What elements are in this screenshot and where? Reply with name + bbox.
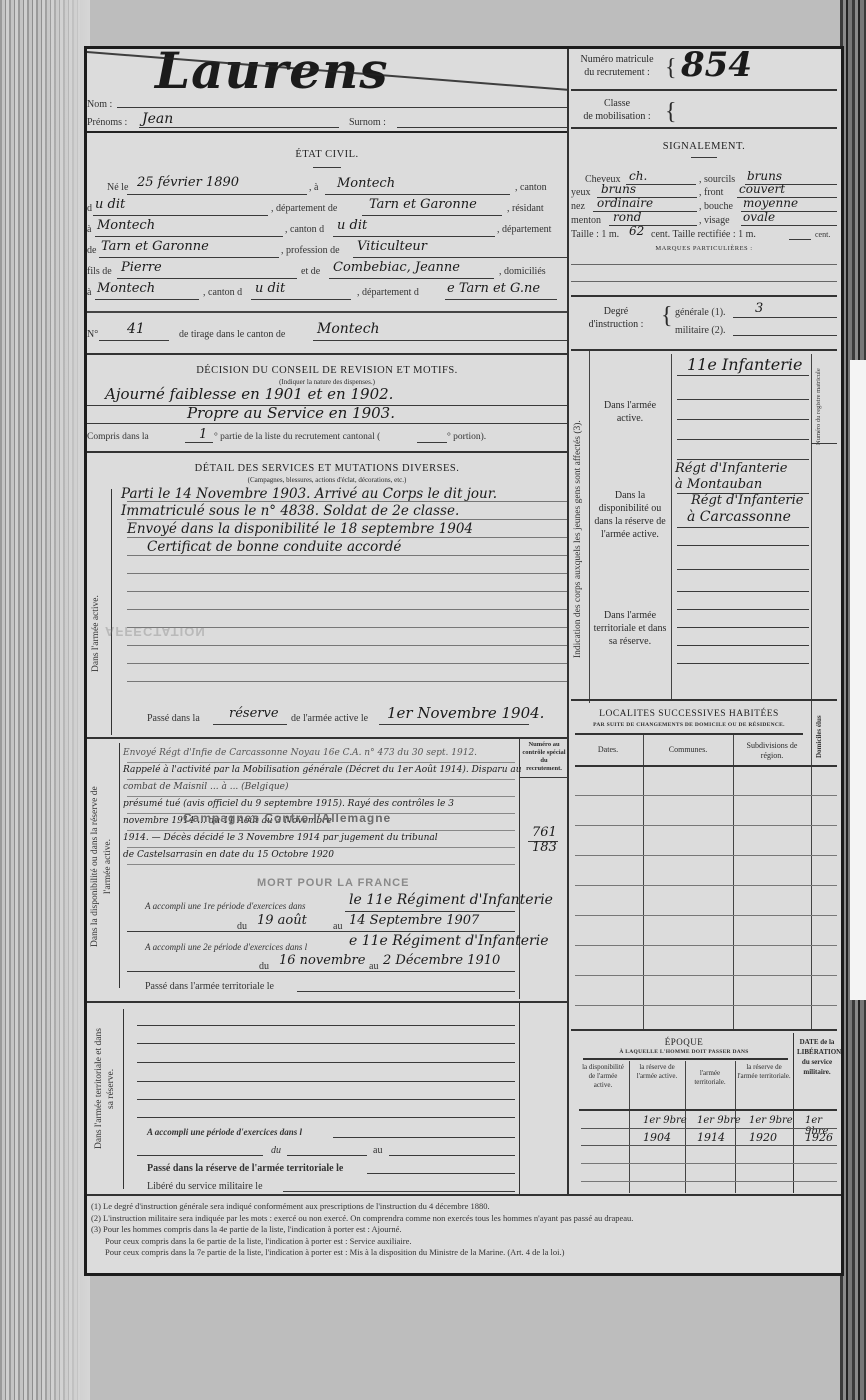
taille-rect-label: cent. Taille rectifiée : 1 m. [651,229,756,240]
brace-dispo [119,743,120,988]
passe-label: Passé dans la [147,713,200,724]
epoque-r2-c2: 1904 [643,1131,671,1144]
decision-line-1: Ajourné faiblesse en 1901 et en 1902. [105,385,393,403]
degre-label-1: Degré [571,305,661,318]
terr-reserve-label: Passé dans la réserve de l'armée territo… [147,1163,343,1174]
footnote-5: Pour ceux compris dans la 7e partie de l… [91,1247,841,1259]
periode2-corps: e 11e Régiment d'Infanterie [349,933,548,949]
passe-date: 1er Novembre 1904. [387,704,544,722]
yeux-label: yeux [571,187,590,198]
yeux-value: bruns [601,182,636,196]
register-page: Laurens Nom : Prénoms : Jean Surnom : ÉT… [84,46,844,1276]
menton-value: rond [613,210,641,224]
ghost-stamp: AFFECTATION [105,624,206,639]
corps-dispo-value-2: à Montauban [675,477,762,492]
date-liberation-title: DATE de la LIBÉRATION du service militai… [797,1037,837,1077]
identity-block: Laurens Nom : Prénoms : Jean Surnom : [87,49,567,133]
corps-dispo-value-3: Régt d'Infanterie [691,493,803,508]
taille-value: 62 [629,224,644,238]
epoque-col-reserve-active: la réserve de l'armée active. [631,1063,683,1081]
tirage-text: de tirage dans le canton de [179,329,285,340]
epoque-r1-c3: 1er 9bre [697,1115,741,1126]
corps-dispo-label: Dans la disponibilité ou dans la réserve… [591,489,669,541]
numero-label-2: du recrutement : [571,66,663,79]
epoque-title: ÉPOQUE [577,1037,791,1047]
militaire-label: militaire (2). [675,325,726,336]
tirage-canton-value: Montech [317,321,380,337]
tirage-no-value: 41 [127,321,145,337]
decision-line-2: Propre au Service en 1903. [187,404,395,422]
marques-label: MARQUES PARTICULIÈRES : [571,245,837,252]
numero-controle-label: Numéro au contrôle spécial du recrutemen… [522,741,566,773]
corps-dispo-value-4: à Carcassonne [687,509,791,525]
periode1-label: A accompli une 1re période d'exercices d… [145,901,306,911]
departement2-label: , département [497,224,551,235]
footnote-1: (1) Le degré d'instruction générale sera… [91,1201,841,1213]
periode2-label: A accompli une 2e période d'exercices da… [145,942,307,952]
mere-value: Combebiac, Jeanne [333,260,460,275]
etat-civil-title: ÉTAT CIVIL. [87,149,567,160]
departement2-prefix: de [87,245,96,256]
numero-matricule-value: 854 [681,45,752,85]
cent-label: cent. [815,230,830,239]
profession-label: , profession de [281,245,340,256]
bouche-value: moyenne [743,196,798,210]
dom-value: Montech [97,281,155,296]
residant-value: Montech [97,218,155,233]
pere-value: Pierre [121,260,162,275]
brace-active [111,489,112,735]
residant-a-label: à [87,224,91,235]
active-line-4: Certificat de bonne conduite accordé [147,539,401,555]
domicilies-label: , domiciliés [499,266,546,277]
classe-label-2: de mobilisation : [571,110,663,123]
epoque-r1-c2: 1er 9bre [643,1115,687,1126]
a-value: Montech [337,176,395,191]
right-column: Numéro matricule du recrutement : { 854 … [571,49,841,1194]
sourcils-value: bruns [747,169,782,183]
passe-text: de l'armée active le [291,713,368,724]
portion-text: ° portion). [447,432,486,442]
localites-col-dates: Dates. [575,745,641,754]
terr-periode-label: A accompli une période d'exercices dans … [147,1127,302,1137]
degre-label-2: d'instruction : [571,318,661,331]
footnote-4: Pour ceux compris dans la 6e partie de l… [91,1236,841,1248]
footnotes: (1) Le degré d'instruction générale sera… [91,1201,841,1259]
classe-label-1: Classe [571,97,663,110]
corps-active-value: 11e Infanterie [687,355,802,374]
canton-label: , canton [515,182,547,193]
footnote-3: (3) Pour les hommes compris dans la 4e p… [91,1224,841,1236]
terr-du-label: du [271,1145,281,1156]
periode1-corps: le 11e Régiment d'Infanterie [349,892,553,908]
tirage-no-label: N° [87,329,98,340]
numero-label: Numéro matricule du recrutement : [571,53,663,79]
numero-controle-column: Numéro au contrôle spécial du recrutemen… [519,737,567,999]
epoque-r2-c4: 1920 [749,1131,777,1144]
brace-terr [123,1009,124,1189]
epoque-subtitle: À LAQUELLE L'HOMME DOIT PASSER DANS [577,1049,791,1055]
cheveux-value: ch. [629,169,647,183]
footnote-2: (2) L'instruction militaire sera indiqué… [91,1213,841,1225]
dispo-line-2: Rappelé à l'activité par la Mobilisation… [123,765,522,775]
departement-label: , département de [271,203,337,214]
residant-label: , résidant [507,203,544,214]
dispo-line-3: combat de Maisnil ... à ... (Belgique) [123,782,289,792]
visage-label: , visage [699,215,730,226]
localites-subtitle: PAR SUITE DE CHANGEMENTS DE DOMICILE OU … [571,722,807,728]
front-label: , front [699,187,723,198]
passe-value: réserve [229,706,279,721]
canton3-value: u dit [255,281,285,296]
taille-label: Taille : 1 m. [571,229,619,240]
services-title: DÉTAIL DES SERVICES ET MUTATIONS DIVERSE… [87,463,567,474]
active-line-3: Envoyé dans la disponibilité le 18 septe… [127,521,473,537]
epoque-col-territoriale: l'armée territoriale. [687,1069,733,1087]
side-label-terr: Dans l'armée territoriale et dans sa rés… [93,1024,119,1154]
canton-de-label: d [87,203,92,214]
dom-a-label: à [87,287,91,298]
corps-dispo-value-1: Régt d'Infanterie [675,461,787,476]
side-label-dispo: Dans la disponibilité ou dans la réserve… [89,777,117,957]
terr-au-label: au [373,1145,382,1156]
periode1-du: 19 août [257,913,307,928]
corps-terr-label: Dans l'armée territoriale et dans sa rés… [591,609,669,648]
departement2-value: Tarn et Garonne [101,239,209,254]
localites-side-label: Domiciles élus [815,701,829,773]
territoriale-label: Passé dans l'armée territoriale le [145,981,274,992]
nez-label: nez [571,201,585,212]
et-de-label: et de [301,266,320,277]
numero-label-1: Numéro matricule [571,53,663,66]
corps-active-label: Dans l'armée active. [591,399,669,425]
profession-value: Viticulteur [357,239,427,254]
bouche-label: , bouche [699,201,733,212]
corps-side-label: Indication des corps auxquels les jeunes… [573,379,585,699]
nez-value: ordinaire [597,196,653,210]
fils-de-label: fils de [87,266,112,277]
departement3-value: e Tarn et G.ne [447,281,540,296]
periode2-au: 2 Décembre 1910 [383,953,500,968]
localites-col-communes: Communes. [645,745,731,754]
signalement-title: SIGNALEMENT. [571,141,837,152]
prenoms-value: Jean [142,111,173,127]
left-column: Laurens Nom : Prénoms : Jean Surnom : ÉT… [87,49,569,1194]
epoque-table: ÉPOQUE À LAQUELLE L'HOMME DOIT PASSER DA… [577,1031,837,1194]
epoque-col-dispo: la disponibilité de l'armée active. [579,1063,627,1090]
generale-value: 3 [755,301,763,316]
decision-title: DÉCISION DU CONSEIL DE REVISION ET MOTIF… [87,365,567,376]
epoque-r2-c3: 1914 [697,1131,725,1144]
binding-shadow [40,0,90,1400]
compris-text: ° partie de la liste du recrutement cant… [214,432,380,442]
epoque-col-reserve-terr: la réserve de l'armée territoriale. [737,1063,791,1081]
libere-label: Libéré du service militaire le [147,1181,263,1192]
ne-le-label: Né le [107,182,128,193]
localites-title: LOCALITES SUCCESSIVES HABITÉES [571,709,807,719]
epoque-r1-c4: 1er 9bre [749,1115,793,1126]
visage-value: ovale [743,210,775,224]
services-subtitle: (Campagnes, blessures, actions d'éclat, … [87,476,567,484]
degre-label: Degré d'instruction : [571,305,661,331]
classe-label: Classe de mobilisation : [571,97,663,123]
generale-label: générale (1). [675,307,726,318]
active-line-2: Immatriculé sous le n° 4838. Soldat de 2… [121,503,459,519]
compris-label: Compris dans la [87,432,149,442]
front-value: couvert [739,182,785,196]
sourcils-label: , sourcils [699,174,735,185]
surnom-label: Surnom : [349,117,386,128]
corps-margin-note: Numéro du registre matricule [815,357,827,457]
localites-col-subdivisions: Subdivisions de région. [735,741,809,761]
nom-label: Nom : [87,99,112,110]
territoriale-numero-column [519,1001,567,1194]
numero-controle-value-1: 761 [532,825,557,840]
mort-pour-la-france-stamp: MORT POUR LA FRANCE [257,877,409,889]
departement3-label: , département d [357,287,419,298]
prenoms-label: Prénoms : [87,117,127,128]
canton2-value: u dit [337,218,367,233]
dispo-line-6: 1914. — Décès décidé le 3 Novembre 1914 … [123,833,438,843]
canton3-label: , canton d [203,287,242,298]
ne-le-value: 25 février 1890 [137,175,297,190]
page-edge-gap [850,360,866,1000]
epoque-r2-c5: 1926 [805,1131,833,1144]
dispo-line-4: présumé tué (avis officiel du 9 septembr… [123,799,454,809]
canton2-label: , canton d [285,224,324,235]
periode1-au: 14 Septembre 1907 [349,913,479,928]
menton-label: menton [571,215,601,226]
dispo-line-7: de Castelsarrasin en date du 15 Octobre … [123,850,334,860]
departement-value: Tarn et Garonne [369,197,477,212]
side-label-active: Dans l'armée active. [91,549,103,719]
dispo-line-1: Envoyé Régt d'Infie de Carcassonne Noyau… [123,748,477,758]
numero-controle-value-2: 183 [532,840,557,855]
periode2-du: 16 novembre [279,953,365,968]
compris-value: 1 [199,427,207,442]
canton-value: u dit [95,197,125,212]
a-label: , à [309,182,318,193]
